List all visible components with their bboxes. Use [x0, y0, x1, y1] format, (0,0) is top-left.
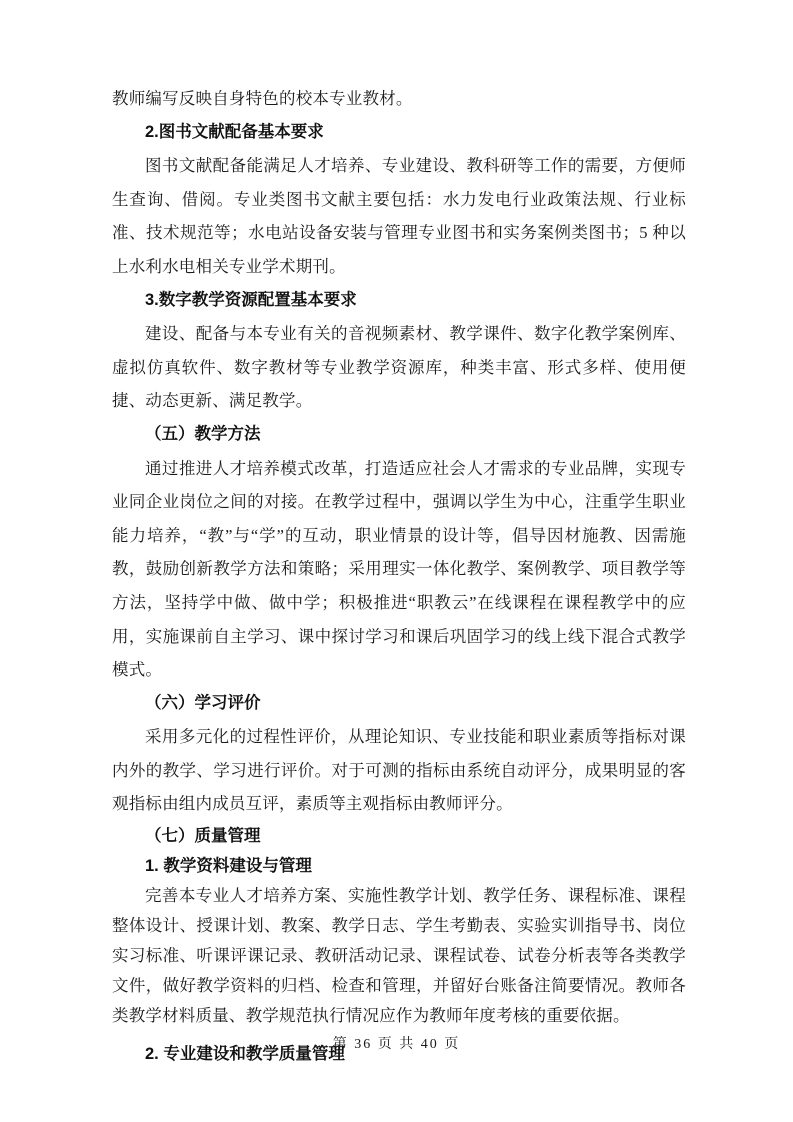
paragraph-digital-resources: 建设、配备与本专业有关的音视频素材、教学课件、数字化教学案例库、虚拟仿真软件、数…: [112, 317, 686, 418]
paragraph-textbook-continuation: 教师编写反映自身特色的校本专业教材。: [112, 82, 686, 116]
heading-library-documents-requirement: 2.图书文献配备基本要求: [112, 116, 686, 150]
paragraph-teaching-materials-management: 完善本专业人才培养方案、实施性教学计划、教学任务、课程标准、课程整体设计、授课计…: [112, 881, 686, 1031]
paragraph-learning-evaluation: 采用多元化的过程性评价，从理论知识、专业技能和职业素质等指标对课内外的教学、学习…: [112, 720, 686, 821]
paragraph-teaching-methods: 通过推进人才培养模式改革，打造适应社会人才需求的专业品牌，实现专业同企业岗位之间…: [112, 452, 686, 687]
heading-digital-resources-requirement: 3.数字教学资源配置基本要求: [112, 284, 686, 318]
heading-quality-management: （七）质量管理: [112, 821, 686, 851]
document-page: 教师编写反映自身特色的校本专业教材。 2.图书文献配备基本要求 图书文献配备能满…: [0, 0, 793, 1122]
heading-teaching-methods: （五）教学方法: [112, 418, 686, 452]
page-number: 第 36 页 共 40 页: [0, 1036, 793, 1054]
heading-teaching-materials-management: 1. 教学资料建设与管理: [112, 851, 686, 881]
heading-learning-evaluation: （六）学习评价: [112, 687, 686, 721]
document-body: 教师编写反映自身特色的校本专业教材。 2.图书文献配备基本要求 图书文献配备能满…: [112, 82, 686, 1069]
paragraph-library-documents: 图书文献配备能满足人才培养、专业建设、教科研等工作的需要，方便师生查询、借阅。专…: [112, 149, 686, 283]
